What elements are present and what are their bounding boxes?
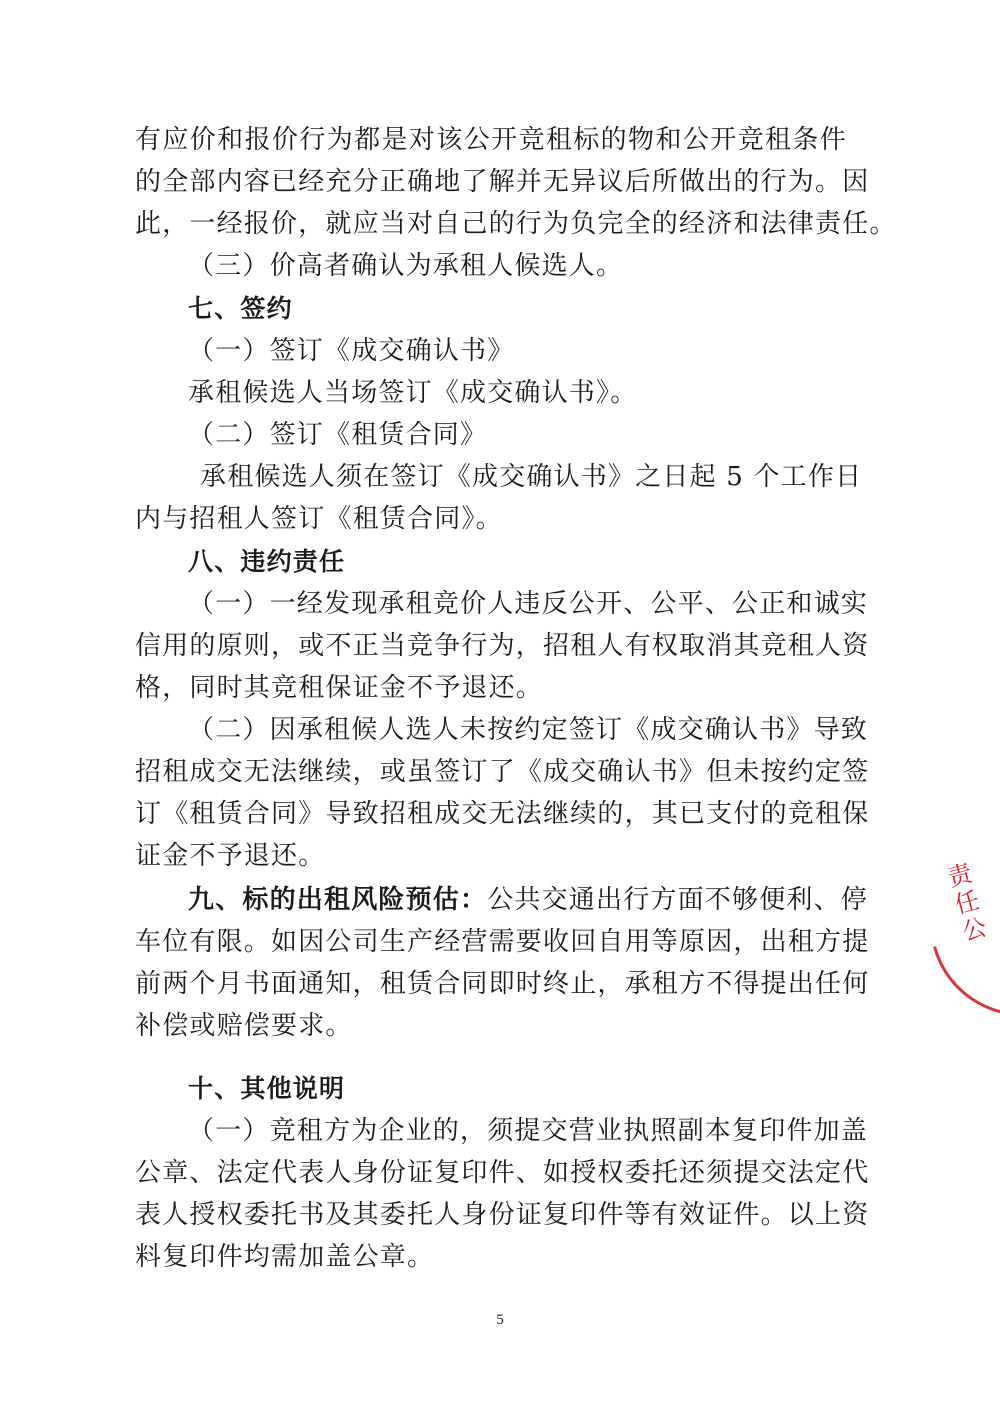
- paragraph-line: （一）竞租方为企业的，须提交营业执照副本复印件加盖: [188, 1110, 847, 1152]
- document-page: 有应价和报价行为都是对该公开竞租标的物和公开竞租条件 的全部内容已经充分正确地了…: [0, 0, 1000, 1416]
- paragraph-line: 表人授权委托书及其委托人身份证复印件等有效证件。以上资: [135, 1194, 847, 1236]
- paragraph-line: 格，同时其竞租保证金不予退还。: [135, 667, 847, 709]
- paragraph-line: 信用的原则，或不正当竞争行为，招租人有权取消其竞租人资: [135, 625, 847, 667]
- paragraph-line: 内与招租人签订《租赁合同》。: [135, 498, 847, 540]
- paragraph-line: 料复印件均需加盖公章。: [135, 1236, 847, 1278]
- paragraph-line: 补偿或赔偿要求。: [135, 1005, 847, 1047]
- page-number: 5: [0, 1312, 1000, 1329]
- paragraph-line: 车位有限。如因公司生产经营需要收回自用等原因，出租方提: [135, 921, 847, 963]
- paragraph-line: 前两个月书面通知，租赁合同即时终止，承租方不得提出任何: [135, 963, 847, 1005]
- paragraph-line: 有应价和报价行为都是对该公开竞租标的物和公开竞租条件: [135, 119, 847, 161]
- paragraph-line: （三）价高者确认为承租人候选人。: [188, 245, 847, 287]
- paragraph-line-risk: 九、标的出租风险预估：公共交通出行方面不够便利、停: [188, 879, 847, 921]
- subsection-heading: （一）签订《成交确认书》: [188, 330, 847, 372]
- section-heading-7: 七、签约: [188, 288, 847, 330]
- paragraph-line: 承租候选人当场签订《成交确认书》。: [188, 372, 847, 414]
- risk-text: 公共交通出行方面不够便利、停: [487, 885, 868, 915]
- section-heading-10: 十、其他说明: [188, 1068, 847, 1110]
- paragraph-line: 此，一经报价，就应当对自己的行为负完全的经济和法律责任。: [135, 203, 847, 245]
- section-heading-8: 八、违约责任: [188, 541, 847, 583]
- paragraph-line: （一）一经发现承租竞价人违反公开、公平、公正和诚实: [188, 583, 847, 625]
- paragraph-line: 订《租赁合同》导致招租成交无法继续的，其已支付的竞租保: [135, 793, 847, 835]
- paragraph-line: 招租成交无法继续，或虽签订了《成交确认书》但未按约定签: [135, 751, 847, 793]
- paragraph-line: 证金不予退还。: [135, 835, 847, 877]
- paragraph-line: 承租候选人须在签订《成交确认书》之日起 5 个工作日: [200, 456, 847, 498]
- subsection-heading: （二）签订《租赁合同》: [188, 414, 847, 456]
- paragraph-line: 的全部内容已经充分正确地了解并无异议后所做出的行为。因: [135, 161, 847, 203]
- paragraph-line: （二）因承租候人选人未按约定签订《成交确认书》导致: [188, 709, 847, 751]
- section-heading-9: 九、标的出租风险预估：: [188, 885, 487, 915]
- paragraph-line: 公章、法定代表人身份证复印件、如授权委托还须提交法定代: [135, 1152, 847, 1194]
